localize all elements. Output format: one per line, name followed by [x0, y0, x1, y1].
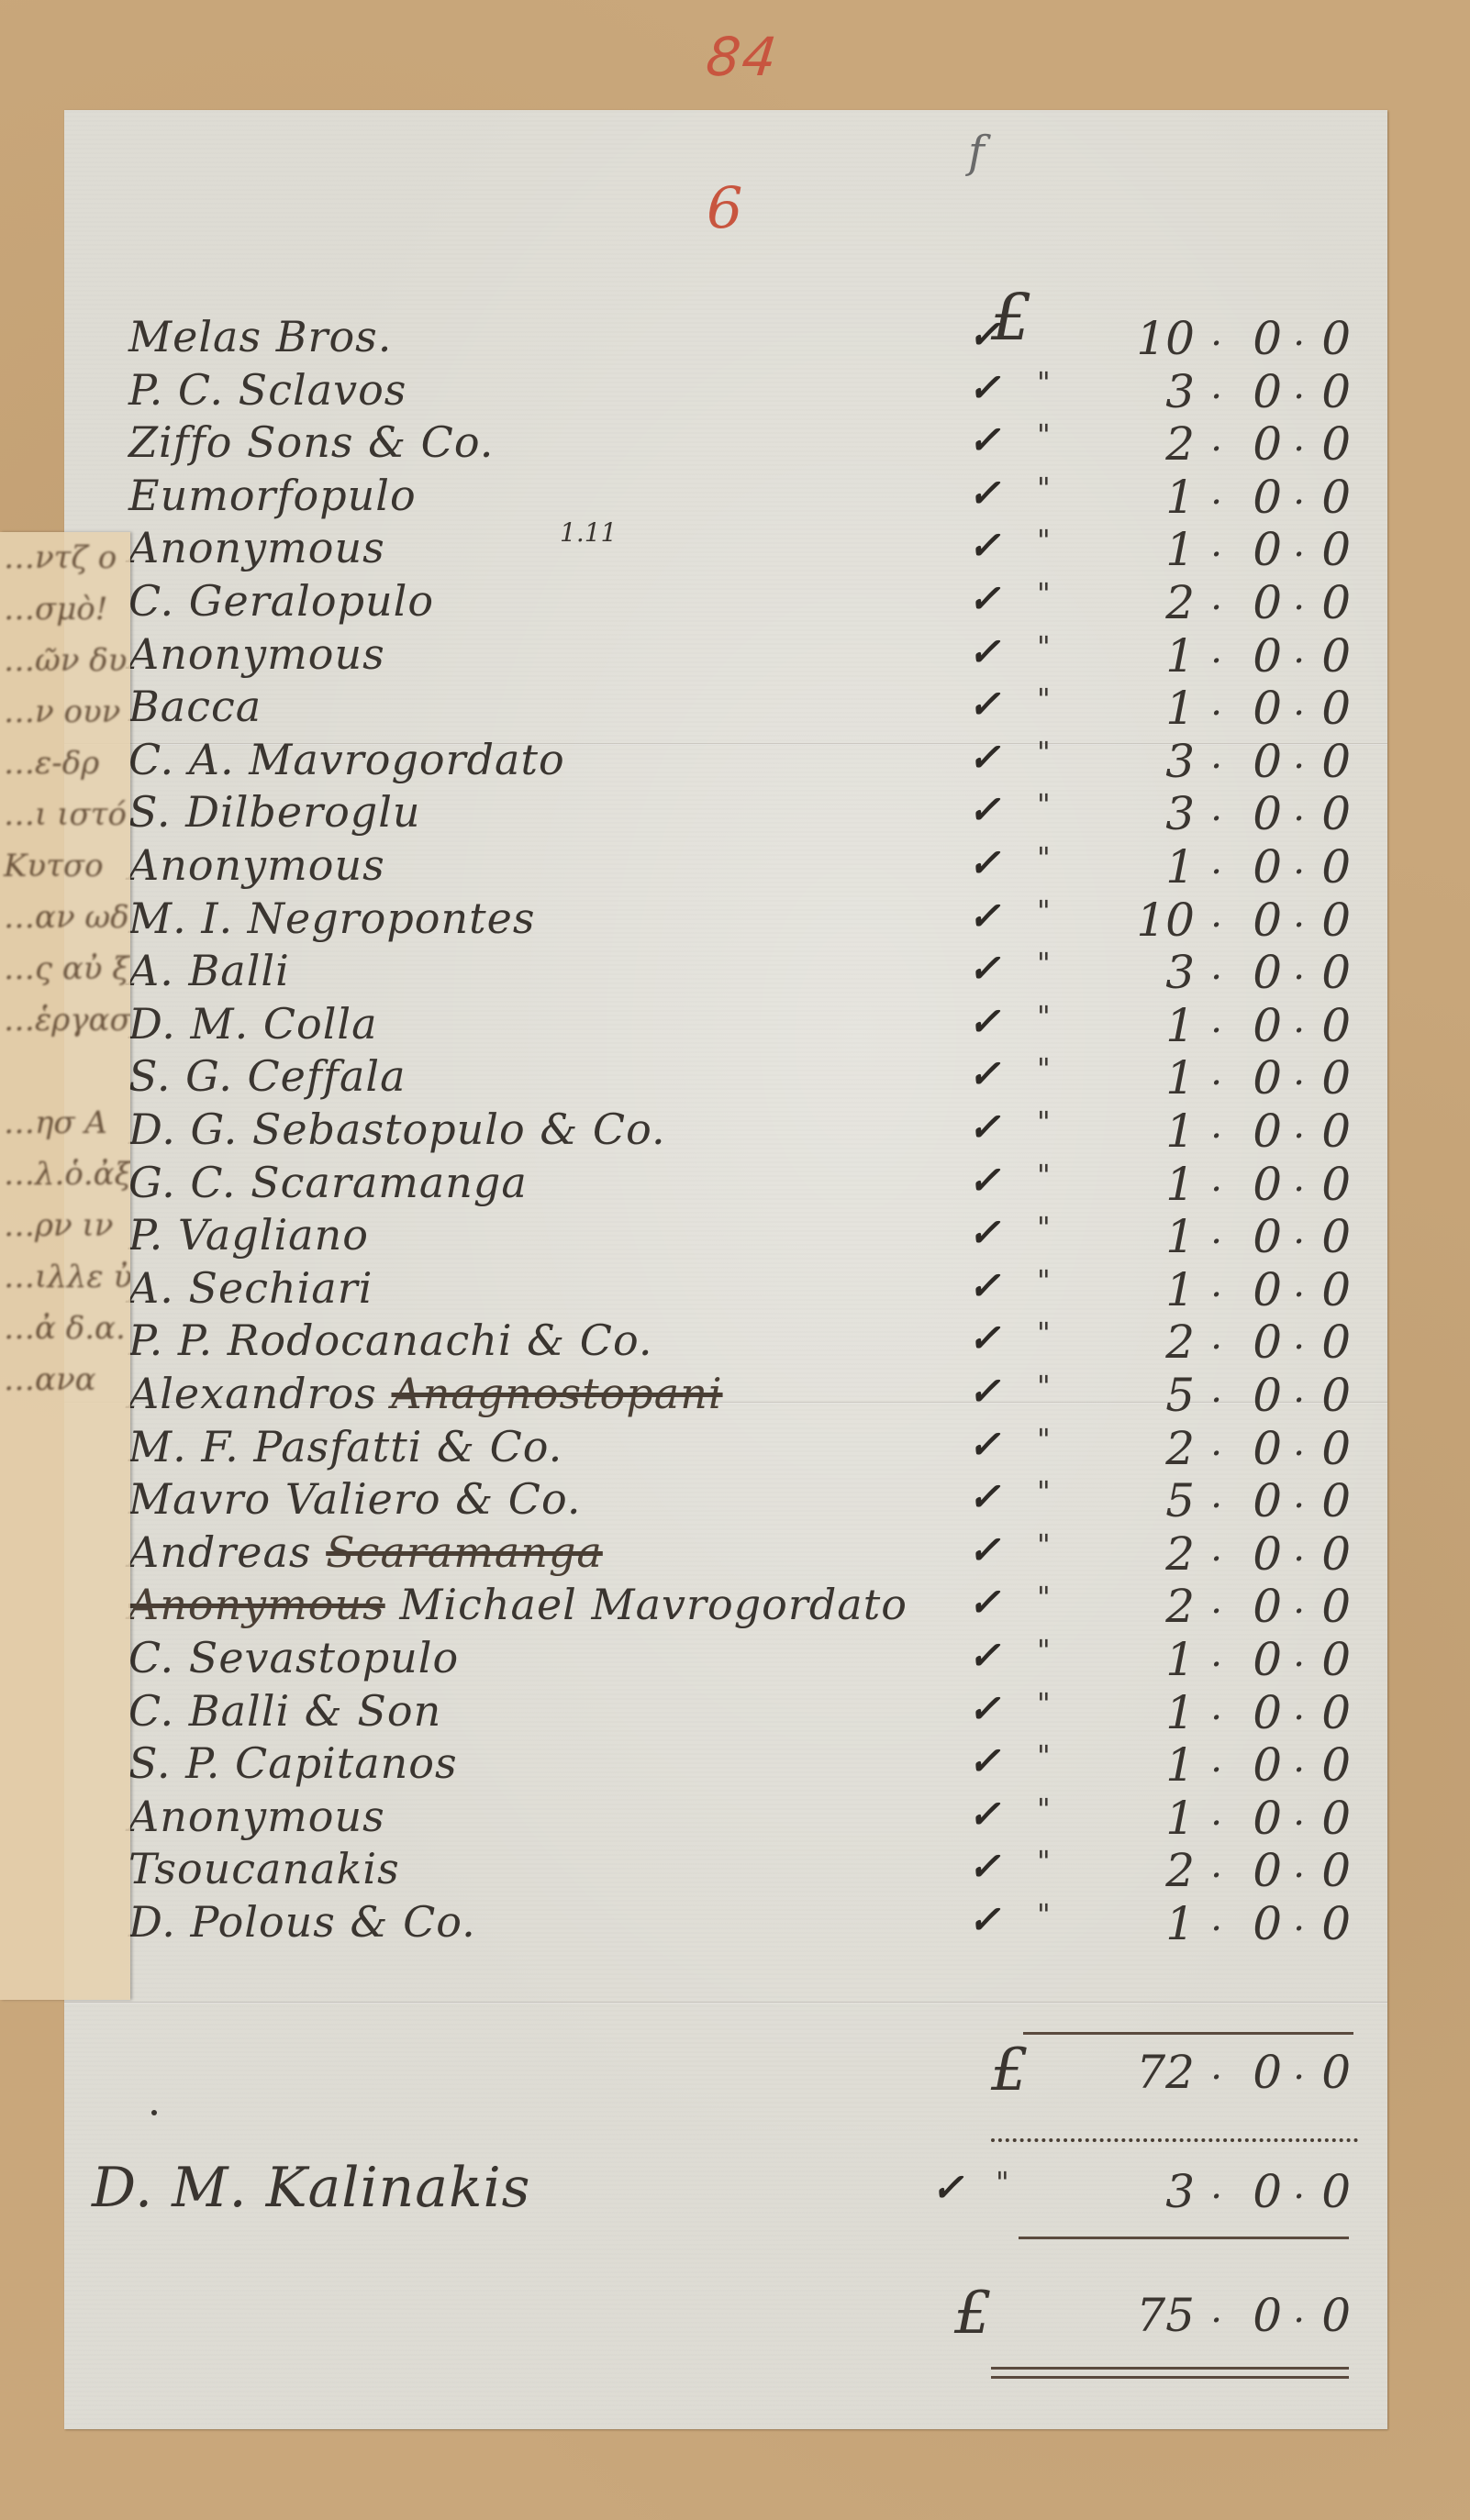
ledger-row: S. Dilberoglu✓"3.0.0: [64, 787, 1387, 840]
donor-name: D. G. Sebastopulo & Co.: [128, 1105, 666, 1154]
ledger-row: Anonymous Michael Mavrogordato✓"2.0.0: [64, 1580, 1387, 1633]
ditto-mark: ": [1037, 894, 1051, 928]
double-rule-bottom: [991, 2376, 1349, 2379]
separator: .: [1293, 2289, 1305, 2331]
check-mark-icon: ✓: [968, 312, 1000, 357]
ditto-mark: ": [1037, 1210, 1051, 1245]
amount-pounds: 3: [1085, 735, 1195, 788]
check-mark-icon: ✓: [968, 1580, 1000, 1625]
amount-shillings: 0: [1253, 471, 1282, 524]
amount-pounds: 2: [1085, 1580, 1195, 1633]
subtotal-pence: 0: [1321, 2046, 1351, 2099]
amount-pence: 0: [1321, 1210, 1351, 1263]
fragment-text-line: …ε-δρ: [0, 738, 130, 789]
amount-shillings: 0: [1253, 1527, 1282, 1581]
amount-pounds: 1: [1085, 840, 1195, 894]
check-mark-icon: ✓: [931, 2165, 963, 2210]
pound-sign: £: [954, 2280, 992, 2348]
amount-pounds: 3: [1085, 365, 1195, 418]
amount-shillings: 0: [1253, 1316, 1282, 1369]
amount-shillings: 0: [1253, 417, 1282, 471]
amount-pounds: 3: [1085, 946, 1195, 999]
amount-pence: 0: [1321, 946, 1351, 999]
separator: .: [1293, 1158, 1305, 1200]
amount-pence: 0: [1321, 1738, 1351, 1792]
check-mark-icon: ✓: [968, 629, 1000, 674]
amount-pounds: 2: [1085, 1527, 1195, 1581]
amount-pence: 0: [1321, 894, 1351, 947]
amount-pounds: 1: [1085, 629, 1195, 683]
ledger-row: A. Sechiari✓"1.0.0: [64, 1263, 1387, 1316]
separator: .: [1293, 894, 1305, 936]
amount-pence: 0: [1321, 417, 1351, 471]
amount-pence: 0: [1321, 1633, 1351, 1686]
check-mark-icon: ✓: [968, 682, 1000, 727]
separator: .: [1210, 1897, 1222, 1939]
subtotal-shillings: 0: [1253, 2046, 1282, 2099]
separator: .: [1293, 417, 1305, 460]
separator: .: [1293, 1686, 1305, 1728]
struck-text: Anagnostopani: [392, 1369, 723, 1418]
ditto-mark: ": [1037, 629, 1051, 664]
ditto-mark: ": [1037, 1792, 1051, 1826]
struck-text: Scaramanga: [326, 1527, 603, 1577]
check-mark-icon: ✓: [968, 735, 1000, 780]
fragment-text-line: …αν ωδ: [0, 892, 130, 943]
archive-page-number: 84: [703, 26, 781, 88]
double-rule-top: [991, 2367, 1349, 2370]
amount-pounds: 10: [1085, 312, 1195, 365]
additional-pounds: 3: [1085, 2165, 1195, 2218]
separator: .: [1210, 1792, 1222, 1834]
ledger-row: Ziffo Sons & Co.✓"2.0.0: [64, 417, 1387, 471]
amount-pence: 0: [1321, 840, 1351, 894]
ledger-row: Bacca✓"1.0.0: [64, 682, 1387, 735]
ditto-mark: ": [1037, 787, 1051, 822]
amount-pence: 0: [1321, 1158, 1351, 1211]
ledger-row: S. P. Capitanos✓"1.0.0: [64, 1738, 1387, 1792]
amount-pence: 0: [1321, 1844, 1351, 1897]
check-mark-icon: ✓: [968, 894, 1000, 938]
donor-name: Anonymous Michael Mavrogordato: [128, 1580, 908, 1629]
separator: .: [1293, 1633, 1305, 1675]
amount-shillings: 0: [1253, 894, 1282, 947]
donor-name: D. Polous & Co.: [128, 1897, 476, 1947]
amount-pence: 0: [1321, 1792, 1351, 1845]
ledger-row: M. I. Negropontes✓"10.0.0: [64, 894, 1387, 947]
fragment-text-line: …ησ Α: [0, 1097, 130, 1149]
fragment-text-line: …ἑργασ: [0, 994, 130, 1046]
ditto-mark: ": [1037, 471, 1051, 505]
amount-pence: 0: [1321, 1263, 1351, 1316]
separator: .: [1293, 946, 1305, 988]
amount-shillings: 0: [1253, 1686, 1282, 1739]
check-mark-icon: ✓: [968, 1527, 1000, 1572]
grand-total-pence: 0: [1321, 2289, 1351, 2342]
ledger-row: A. Balli✓"3.0.0: [64, 946, 1387, 999]
separator: .: [1293, 2046, 1305, 2088]
amount-pounds: 1: [1085, 682, 1195, 735]
ditto-mark: ": [1037, 1738, 1051, 1773]
separator: .: [1210, 1158, 1222, 1200]
amount-pounds: 1: [1085, 1897, 1195, 1950]
ditto-mark: ": [1037, 365, 1051, 400]
check-mark-icon: ✓: [968, 1792, 1000, 1837]
ledger-row: D. Polous & Co.✓"1.0.0: [64, 1897, 1387, 1950]
separator: .: [1293, 471, 1305, 513]
amount-pounds: 1: [1085, 471, 1195, 524]
amount-shillings: 0: [1253, 735, 1282, 788]
fragment-text-line: …ντζ ο: [0, 532, 130, 583]
amount-shillings: 0: [1253, 999, 1282, 1052]
pound-sign: £: [991, 2037, 1029, 2104]
fragment-text-line: …ς αὐ ξ: [0, 943, 130, 994]
separator: .: [1210, 1051, 1222, 1093]
amount-shillings: 0: [1253, 1263, 1282, 1316]
ledger-row: G. C. Scaramanga✓"1.0.0: [64, 1158, 1387, 1211]
ditto-mark: ": [1037, 735, 1051, 770]
donor-name: Tsoucanakis: [128, 1844, 400, 1893]
amount-pounds: 1: [1085, 1158, 1195, 1211]
amount-pence: 0: [1321, 1474, 1351, 1527]
separator: .: [1210, 1474, 1222, 1516]
donor-name: Melas Bros.: [128, 312, 392, 361]
check-mark-icon: ✓: [968, 576, 1000, 621]
amount-shillings: 0: [1253, 1738, 1282, 1792]
separator: .: [1210, 1210, 1222, 1252]
donor-name: Alexandros Anagnostopani: [128, 1369, 723, 1418]
total-rule: [1019, 2237, 1349, 2239]
separator: .: [1210, 1844, 1222, 1886]
separator: .: [1210, 2165, 1222, 2207]
donor-name: Anonymous: [128, 1792, 385, 1841]
folio-mark: 6: [707, 174, 742, 241]
donor-name: D. M. Colla: [128, 999, 378, 1049]
ledger-row: Anonymous✓"1.0.0: [64, 629, 1387, 683]
donor-name: P. C. Sclavos: [128, 365, 406, 415]
subtotal-rule: [1023, 2032, 1353, 2035]
donor-name: P. P. Rodocanachi & Co.: [128, 1316, 652, 1365]
amount-pounds: 1: [1085, 1686, 1195, 1739]
amount-shillings: 0: [1253, 365, 1282, 418]
separator: .: [1293, 1527, 1305, 1570]
amount-pounds: 10: [1085, 894, 1195, 947]
separator: .: [1210, 312, 1222, 354]
separator: .: [1293, 365, 1305, 407]
ditto-mark: ": [1037, 576, 1051, 611]
amount-pounds: 1: [1085, 1263, 1195, 1316]
check-mark-icon: ✓: [968, 787, 1000, 832]
amount-pounds: 2: [1085, 576, 1195, 629]
donor-name: G. C. Scaramanga: [128, 1158, 528, 1207]
ledger-row: Eumorfopulo✓"1.0.0: [64, 471, 1387, 524]
ledger-row: Andreas Scaramanga✓"2.0.0: [64, 1527, 1387, 1581]
separator: .: [1210, 840, 1222, 883]
ledger-row: C. Geralopulo✓"2.0.0: [64, 576, 1387, 629]
separator: .: [1210, 1580, 1222, 1622]
separator: .: [1210, 1105, 1222, 1147]
donor-name: Eumorfopulo: [128, 471, 417, 520]
donor-name: C. A. Mavrogordato: [128, 735, 565, 784]
amount-pounds: 2: [1085, 1316, 1195, 1369]
check-mark-icon: ✓: [968, 1897, 1000, 1942]
separator: .: [1293, 523, 1305, 565]
donor-name: Ziffo Sons & Co.: [128, 417, 494, 467]
ledger-row: C. Sevastopulo✓"1.0.0: [64, 1633, 1387, 1686]
separator: .: [1293, 682, 1305, 724]
ledger-row: D. G. Sebastopulo & Co.✓"1.0.0: [64, 1105, 1387, 1158]
ditto-mark: ": [1037, 1686, 1051, 1721]
donor-name: Anonymous: [128, 840, 385, 890]
ditto-mark: ": [1037, 1158, 1051, 1193]
margin-annotation: 1.11: [560, 517, 617, 548]
amount-pounds: 1: [1085, 1633, 1195, 1686]
ledger-row: M. F. Pasfatti & Co.✓"2.0.0: [64, 1422, 1387, 1475]
ditto-mark: ": [1037, 840, 1051, 875]
amount-pounds: 5: [1085, 1369, 1195, 1422]
separator: .: [1210, 1527, 1222, 1570]
fragment-text-line: Κυτσο: [0, 840, 130, 892]
amount-shillings: 0: [1253, 1792, 1282, 1845]
amount-pounds: 1: [1085, 1051, 1195, 1105]
amount-pence: 0: [1321, 471, 1351, 524]
struck-text: Anonymous: [128, 1580, 385, 1629]
fold-line-lower: [64, 2002, 1387, 2004]
separator: .: [1210, 1369, 1222, 1411]
amount-pounds: 1: [1085, 1738, 1195, 1792]
ditto-mark: ": [1037, 1580, 1051, 1615]
additional-row: ✓ " 3 . 0 . 0: [64, 2165, 1387, 2218]
separator: .: [1210, 417, 1222, 460]
amount-shillings: 0: [1253, 1051, 1282, 1105]
check-mark-icon: ✓: [968, 1105, 1000, 1149]
amount-pounds: 2: [1085, 417, 1195, 471]
separator: .: [1210, 1686, 1222, 1728]
fragment-text-line: …ἀ δ.α.: [0, 1303, 130, 1354]
fragment-text-line: …ρν ιν: [0, 1200, 130, 1251]
grand-total-row: £ 75 . 0 . 0: [64, 2289, 1387, 2342]
separator: .: [1210, 629, 1222, 672]
separator: .: [1210, 735, 1222, 777]
donor-name: S. P. Capitanos: [128, 1738, 458, 1788]
check-mark-icon: ✓: [968, 471, 1000, 516]
amount-pence: 0: [1321, 629, 1351, 683]
separator: .: [1293, 1580, 1305, 1622]
ditto-mark: ": [1037, 523, 1051, 558]
ledger-row: C. Balli & Son✓"1.0.0: [64, 1686, 1387, 1739]
fragment-text-line: …ανα: [0, 1354, 130, 1405]
separator: .: [1210, 1738, 1222, 1781]
fragment-text-line: …ν ουν: [0, 686, 130, 738]
grand-total-shillings: 0: [1253, 2289, 1282, 2342]
ditto-mark: ": [1037, 1527, 1051, 1562]
check-mark-icon: ✓: [968, 1369, 1000, 1414]
amount-shillings: 0: [1253, 1158, 1282, 1211]
ledger-row: Mavro Valiero & Co.✓"5.0.0: [64, 1474, 1387, 1527]
amount-pence: 0: [1321, 682, 1351, 735]
separator: .: [1293, 840, 1305, 883]
donor-name: M. F. Pasfatti & Co.: [128, 1422, 562, 1471]
ledger-row: C. A. Mavrogordato✓"3.0.0: [64, 735, 1387, 788]
fragment-text-line: …σμὸ!: [0, 583, 130, 635]
amount-pence: 0: [1321, 1369, 1351, 1422]
check-mark-icon: ✓: [968, 840, 1000, 885]
ledger-row: P. Vagliano✓"1.0.0: [64, 1210, 1387, 1263]
separator: .: [1210, 1316, 1222, 1358]
amount-shillings: 0: [1253, 576, 1282, 629]
subscription-list-sheet: 6 f £ Melas Bros.✓10.0.0P. C. Sclavos✓"3…: [64, 110, 1387, 2429]
amount-shillings: 0: [1253, 1844, 1282, 1897]
separator: .: [1210, 576, 1222, 618]
separator: .: [1293, 1051, 1305, 1093]
ledger-row: Anonymous✓"1.0.0: [64, 840, 1387, 894]
check-mark-icon: ✓: [968, 1633, 1000, 1678]
amount-shillings: 0: [1253, 787, 1282, 840]
ledger-row: Anonymous1.11✓"1.0.0: [64, 523, 1387, 576]
check-mark-icon: ✓: [968, 946, 1000, 991]
ditto-mark: ": [1037, 1633, 1051, 1668]
amount-pence: 0: [1321, 1316, 1351, 1369]
check-mark-icon: ✓: [968, 1263, 1000, 1308]
amount-shillings: 0: [1253, 840, 1282, 894]
check-mark-icon: ✓: [968, 1316, 1000, 1360]
donor-name: S. Dilberoglu: [128, 787, 421, 837]
donor-name: A. Balli: [128, 946, 290, 995]
fragment-text-line: …ιλλε ὐ: [0, 1251, 130, 1303]
amount-pounds: 1: [1085, 1792, 1195, 1845]
amount-pence: 0: [1321, 365, 1351, 418]
amount-shillings: 0: [1253, 946, 1282, 999]
amount-pounds: 1: [1085, 1105, 1195, 1158]
amount-shillings: 0: [1253, 1105, 1282, 1158]
donor-name: Anonymous: [128, 629, 385, 679]
separator: .: [1210, 1263, 1222, 1305]
separator: .: [1293, 999, 1305, 1041]
amount-pence: 0: [1321, 1580, 1351, 1633]
check-mark-icon: ✓: [968, 1422, 1000, 1467]
donor-name: Anonymous: [128, 523, 385, 572]
check-mark-icon: ✓: [968, 523, 1000, 568]
separator: .: [1210, 365, 1222, 407]
amount-pence: 0: [1321, 1527, 1351, 1581]
amount-pence: 0: [1321, 312, 1351, 365]
check-mark-icon: ✓: [968, 1686, 1000, 1731]
ditto-mark: ": [1037, 1474, 1051, 1509]
separator: .: [1210, 894, 1222, 936]
check-mark-icon: ✓: [968, 1474, 1000, 1519]
ditto-mark: ": [1037, 1051, 1051, 1086]
separator: .: [1293, 1422, 1305, 1464]
check-mark-icon: ✓: [968, 999, 1000, 1044]
ditto-mark: ": [1037, 1422, 1051, 1457]
separator: .: [1293, 1369, 1305, 1411]
donor-name: A. Sechiari: [128, 1263, 373, 1313]
amount-pence: 0: [1321, 1686, 1351, 1739]
amount-shillings: 0: [1253, 1897, 1282, 1950]
ditto-mark: ": [1037, 417, 1051, 452]
amount-pounds: 1: [1085, 1210, 1195, 1263]
additional-shillings: 0: [1253, 2165, 1282, 2218]
amount-pence: 0: [1321, 1051, 1351, 1105]
donor-name: C. Geralopulo: [128, 576, 434, 626]
separator: .: [1293, 1792, 1305, 1834]
amount-pounds: 1: [1085, 523, 1195, 576]
separator: .: [1210, 946, 1222, 988]
amount-shillings: 0: [1253, 1210, 1282, 1263]
check-mark-icon: ✓: [968, 1844, 1000, 1889]
ditto-mark: ": [996, 2165, 1009, 2200]
amount-shillings: 0: [1253, 629, 1282, 683]
ledger-row: P. P. Rodocanachi & Co.✓"2.0.0: [64, 1316, 1387, 1369]
amount-pence: 0: [1321, 787, 1351, 840]
separator: .: [1293, 787, 1305, 829]
amount-shillings: 0: [1253, 1580, 1282, 1633]
additional-pence: 0: [1321, 2165, 1351, 2218]
separator: .: [1293, 312, 1305, 354]
amount-pounds: 1: [1085, 999, 1195, 1052]
check-mark-icon: ✓: [968, 365, 1000, 410]
separator: .: [1293, 735, 1305, 777]
ledger-row: S. G. Ceffala✓"1.0.0: [64, 1051, 1387, 1105]
separator: .: [1210, 682, 1222, 724]
ledger-row: Alexandros Anagnostopani✓"5.0.0: [64, 1369, 1387, 1422]
amount-pence: 0: [1321, 735, 1351, 788]
separator: .: [1210, 471, 1222, 513]
separator: .: [1293, 576, 1305, 618]
amount-shillings: 0: [1253, 682, 1282, 735]
amount-pence: 0: [1321, 1105, 1351, 1158]
donor-name: Mavro Valiero & Co.: [128, 1474, 581, 1524]
separator: .: [1293, 1897, 1305, 1939]
separator: .: [1293, 1105, 1305, 1147]
amount-pounds: 2: [1085, 1422, 1195, 1475]
grand-total-pounds: 75: [1085, 2289, 1195, 2342]
amount-pounds: 5: [1085, 1474, 1195, 1527]
check-mark-icon: ✓: [968, 1051, 1000, 1096]
ledger-row: Anonymous✓"1.0.0: [64, 1792, 1387, 1845]
scribble-rule: [991, 2124, 1358, 2142]
donor-name: Bacca: [128, 682, 262, 731]
separator: .: [1210, 523, 1222, 565]
amount-shillings: 0: [1253, 1474, 1282, 1527]
donor-name: C. Sevastopulo: [128, 1633, 459, 1682]
pencil-mark: f: [968, 127, 985, 178]
separator: .: [1293, 1738, 1305, 1781]
amount-shillings: 0: [1253, 1633, 1282, 1686]
amount-shillings: 0: [1253, 523, 1282, 576]
separator: .: [1293, 1474, 1305, 1516]
separator: .: [1293, 1316, 1305, 1358]
check-mark-icon: ✓: [968, 417, 1000, 462]
amount-pounds: 3: [1085, 787, 1195, 840]
donor-name: S. G. Ceffala: [128, 1051, 406, 1101]
ledger-row: Tsoucanakis✓"2.0.0: [64, 1844, 1387, 1897]
donor-name: M. I. Negropontes: [128, 894, 535, 943]
overlapping-greek-letter-fragment: …ντζ ο…σμὸ!…ῶν δυ…ν ουν…ε-δρ…ι ιστόΚυτσο…: [0, 532, 130, 2000]
separator: .: [1293, 2165, 1305, 2207]
check-mark-icon: ✓: [968, 1738, 1000, 1783]
ditto-mark: ": [1037, 1897, 1051, 1932]
ditto-mark: ": [1037, 682, 1051, 716]
separator: .: [1210, 999, 1222, 1041]
ink-dot: [151, 2110, 157, 2115]
separator: .: [1293, 1844, 1305, 1886]
ditto-mark: ": [1037, 1369, 1051, 1404]
fragment-text-line: …λ.ὁ.ἀξ: [0, 1149, 130, 1200]
amount-shillings: 0: [1253, 312, 1282, 365]
amount-pence: 0: [1321, 1422, 1351, 1475]
amount-pence: 0: [1321, 999, 1351, 1052]
